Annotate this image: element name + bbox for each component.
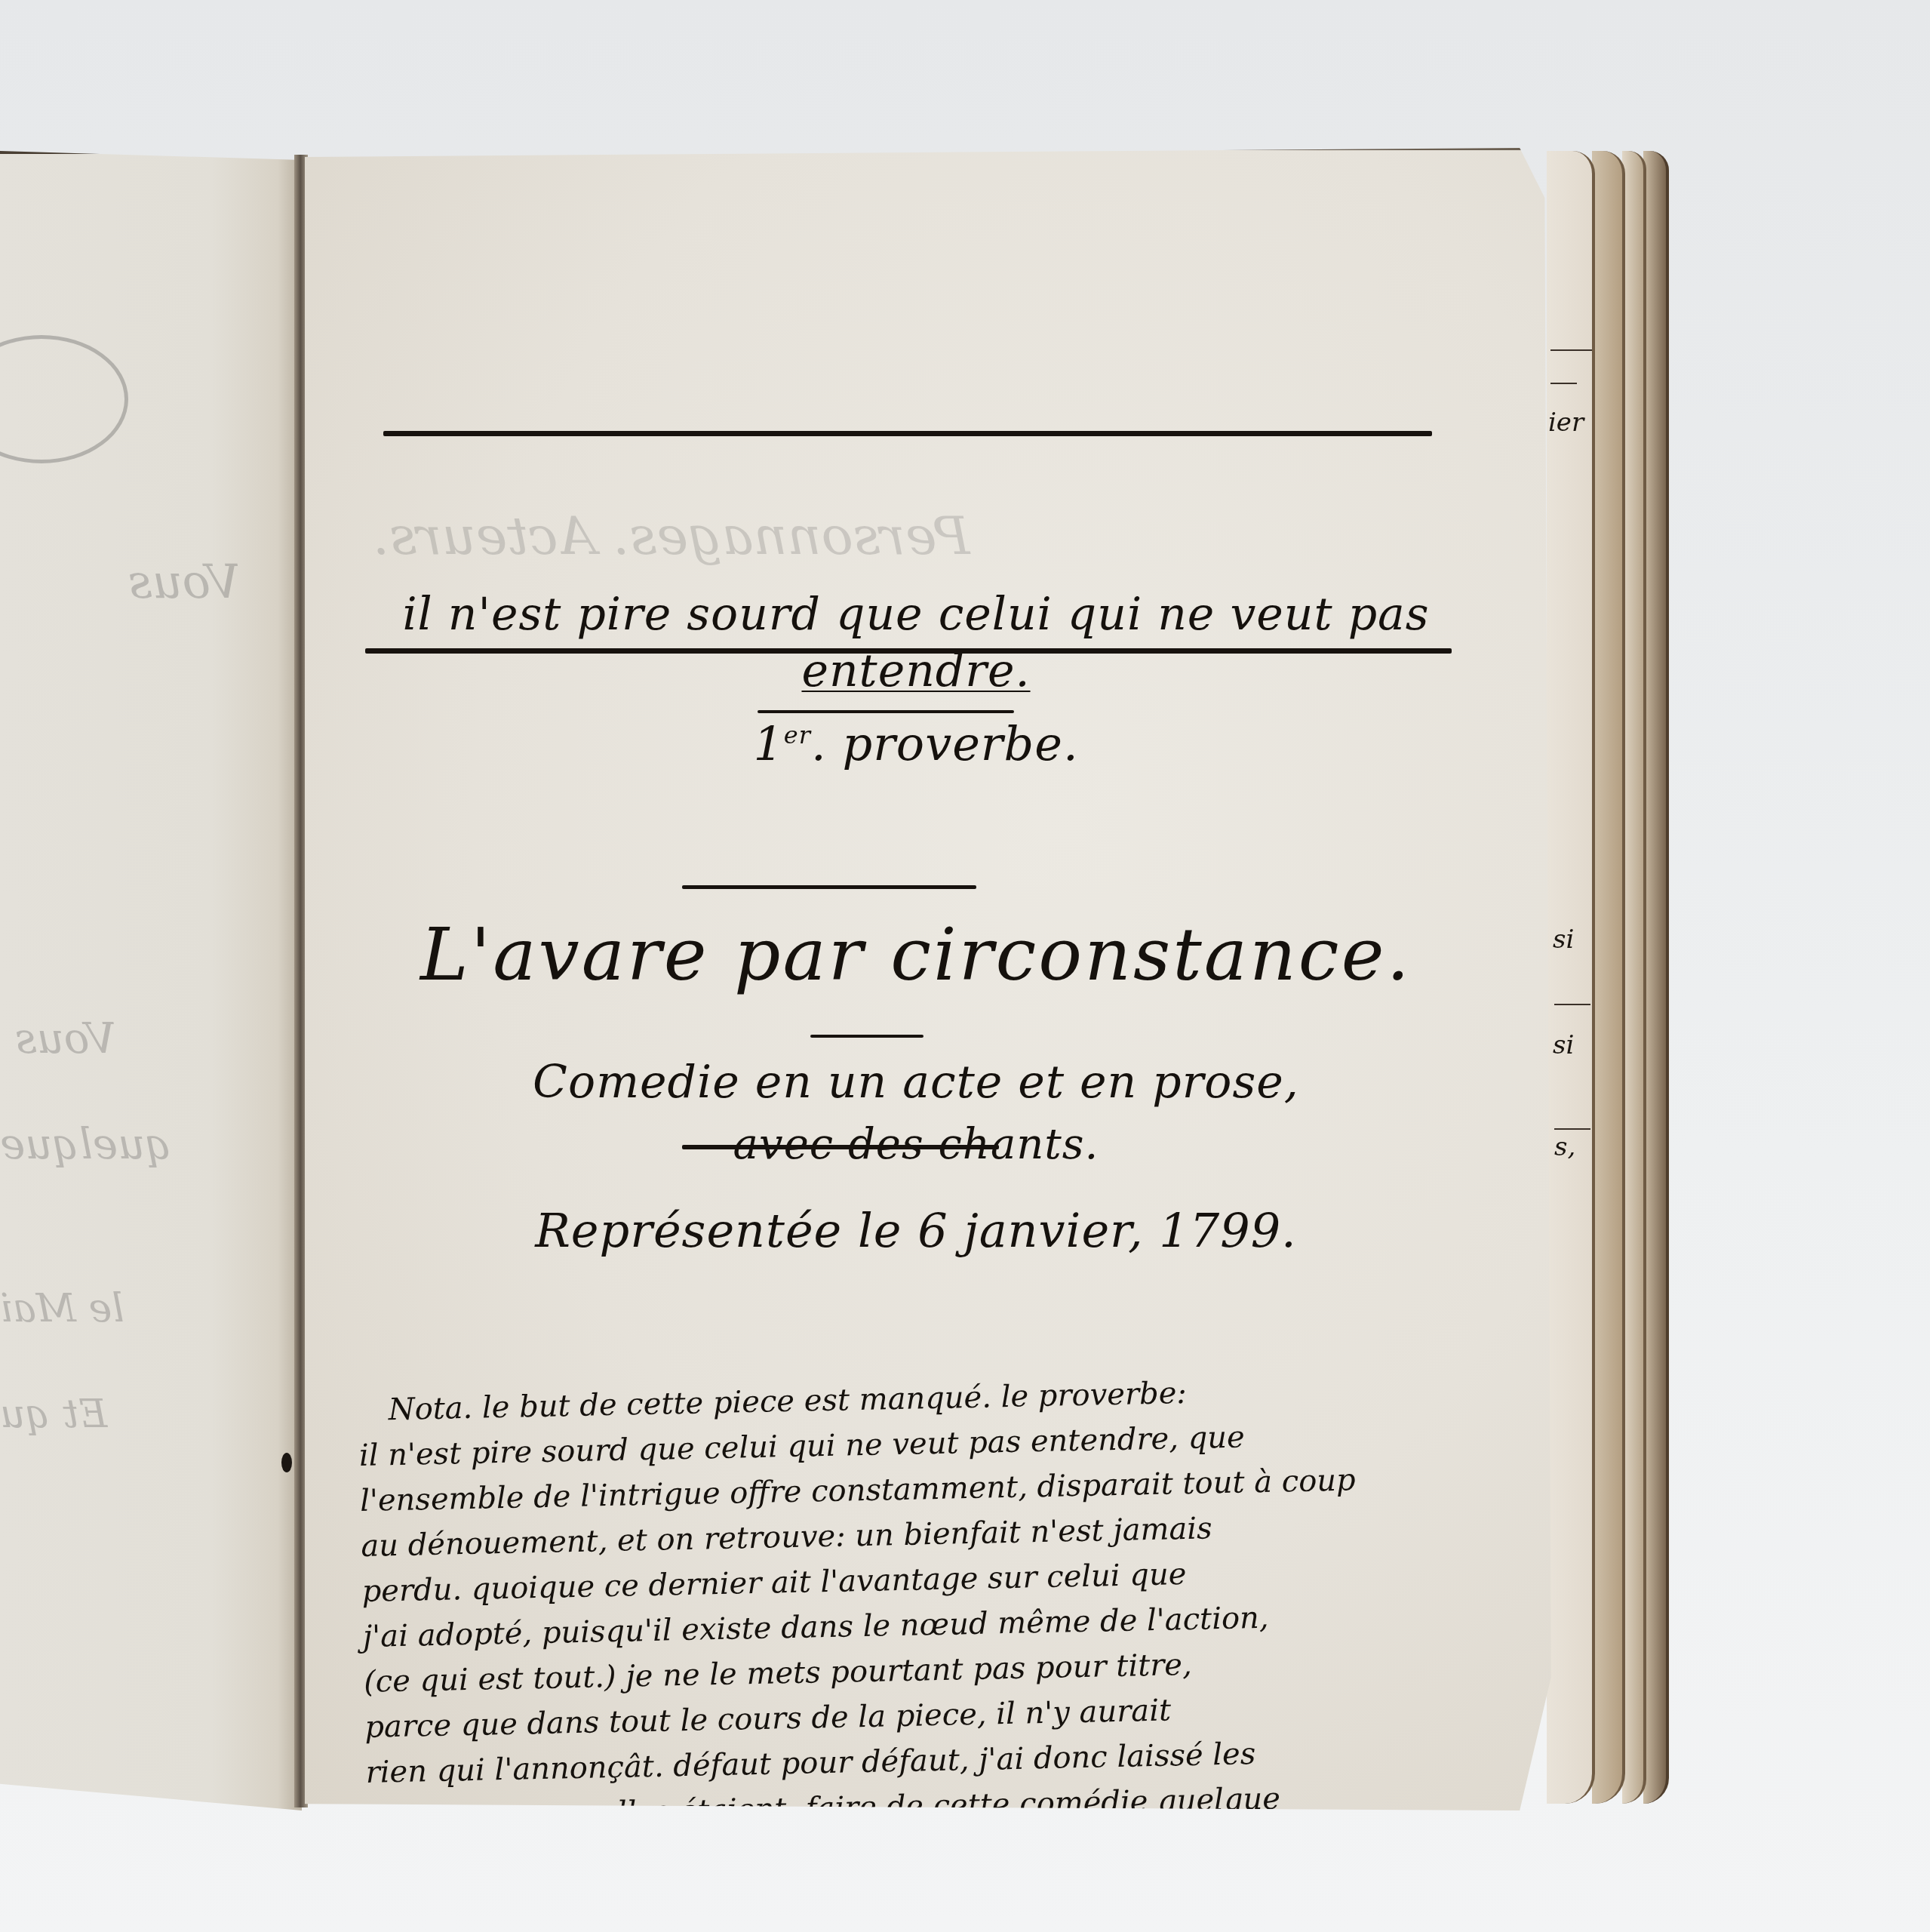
fore-edge-layer xyxy=(1592,151,1625,1804)
left-bleed-text: Vous xyxy=(128,554,240,609)
fore-edge-fragment: si xyxy=(1553,1030,1574,1060)
fore-edge-layer xyxy=(1643,151,1669,1804)
title-rule xyxy=(682,885,976,889)
fore-edge-fragment: s, xyxy=(1554,1132,1575,1162)
nota-closing: cercar il pelo nell' uovo. xyxy=(368,1862,1531,1931)
ink-blot xyxy=(281,1453,292,1472)
fore-edge-rule xyxy=(1554,1128,1590,1130)
date-rule xyxy=(682,1145,999,1149)
italian-proverb: cercar il pelo nell' uovo. xyxy=(813,1871,1219,1918)
play-title: L'avare par circonstance. xyxy=(380,912,1452,997)
closing-dash xyxy=(1249,1888,1339,1894)
subtitle-line-1: Comedie en un acte et en prose, xyxy=(380,1056,1452,1109)
proverb-number-suffix: er xyxy=(784,721,811,749)
left-bleed-text: Et qu xyxy=(0,1392,107,1437)
fore-edge-layer xyxy=(1622,151,1646,1804)
proverb-label-text: . proverbe. xyxy=(811,716,1079,771)
performance-date: Représentée le 6 janvier, 1799. xyxy=(380,1203,1452,1258)
page-content: Personnages. Acteurs. il n'est pire sour… xyxy=(305,150,1557,1810)
fore-edge-rule xyxy=(1554,1004,1590,1005)
left-page: Vous Vous quelque le Mai Et qu xyxy=(0,151,302,1810)
manuscript-photo: Vous Vous quelque le Mai Et qu ier si si… xyxy=(0,0,1930,1932)
fore-edge-rule xyxy=(1550,383,1577,384)
nota-paragraph: Nota. le but de cette piece est manqué. … xyxy=(358,1364,1531,1931)
fore-edge-rule xyxy=(1550,349,1592,351)
fore-edge-fragment: ier xyxy=(1548,408,1584,438)
bleed-circle-mark xyxy=(0,335,128,463)
left-bleed-text: quelque xyxy=(0,1120,172,1169)
nota-line: chose de bon, ce serait, comme dit le pr… xyxy=(367,1817,1530,1886)
left-bleed-text: Vous xyxy=(15,1014,116,1063)
section-rule xyxy=(365,648,1452,654)
right-bleed-text: Personnages. Acteurs. xyxy=(373,505,970,567)
short-rule xyxy=(810,1035,924,1038)
proverb-label: 1er. proverbe. xyxy=(380,716,1452,771)
top-rule xyxy=(383,431,1432,436)
fore-edge-layer xyxy=(1547,151,1595,1804)
proverb-number: 1 xyxy=(753,716,783,771)
short-rule xyxy=(758,710,1014,713)
proverb-line-1: il n'est pire sourd que celui qui ne veu… xyxy=(380,588,1452,641)
left-bleed-text: le Mai xyxy=(0,1286,124,1331)
title-page: Personnages. Acteurs. il n'est pire sour… xyxy=(305,148,1557,1810)
fore-edge-fragment: si xyxy=(1553,924,1574,955)
